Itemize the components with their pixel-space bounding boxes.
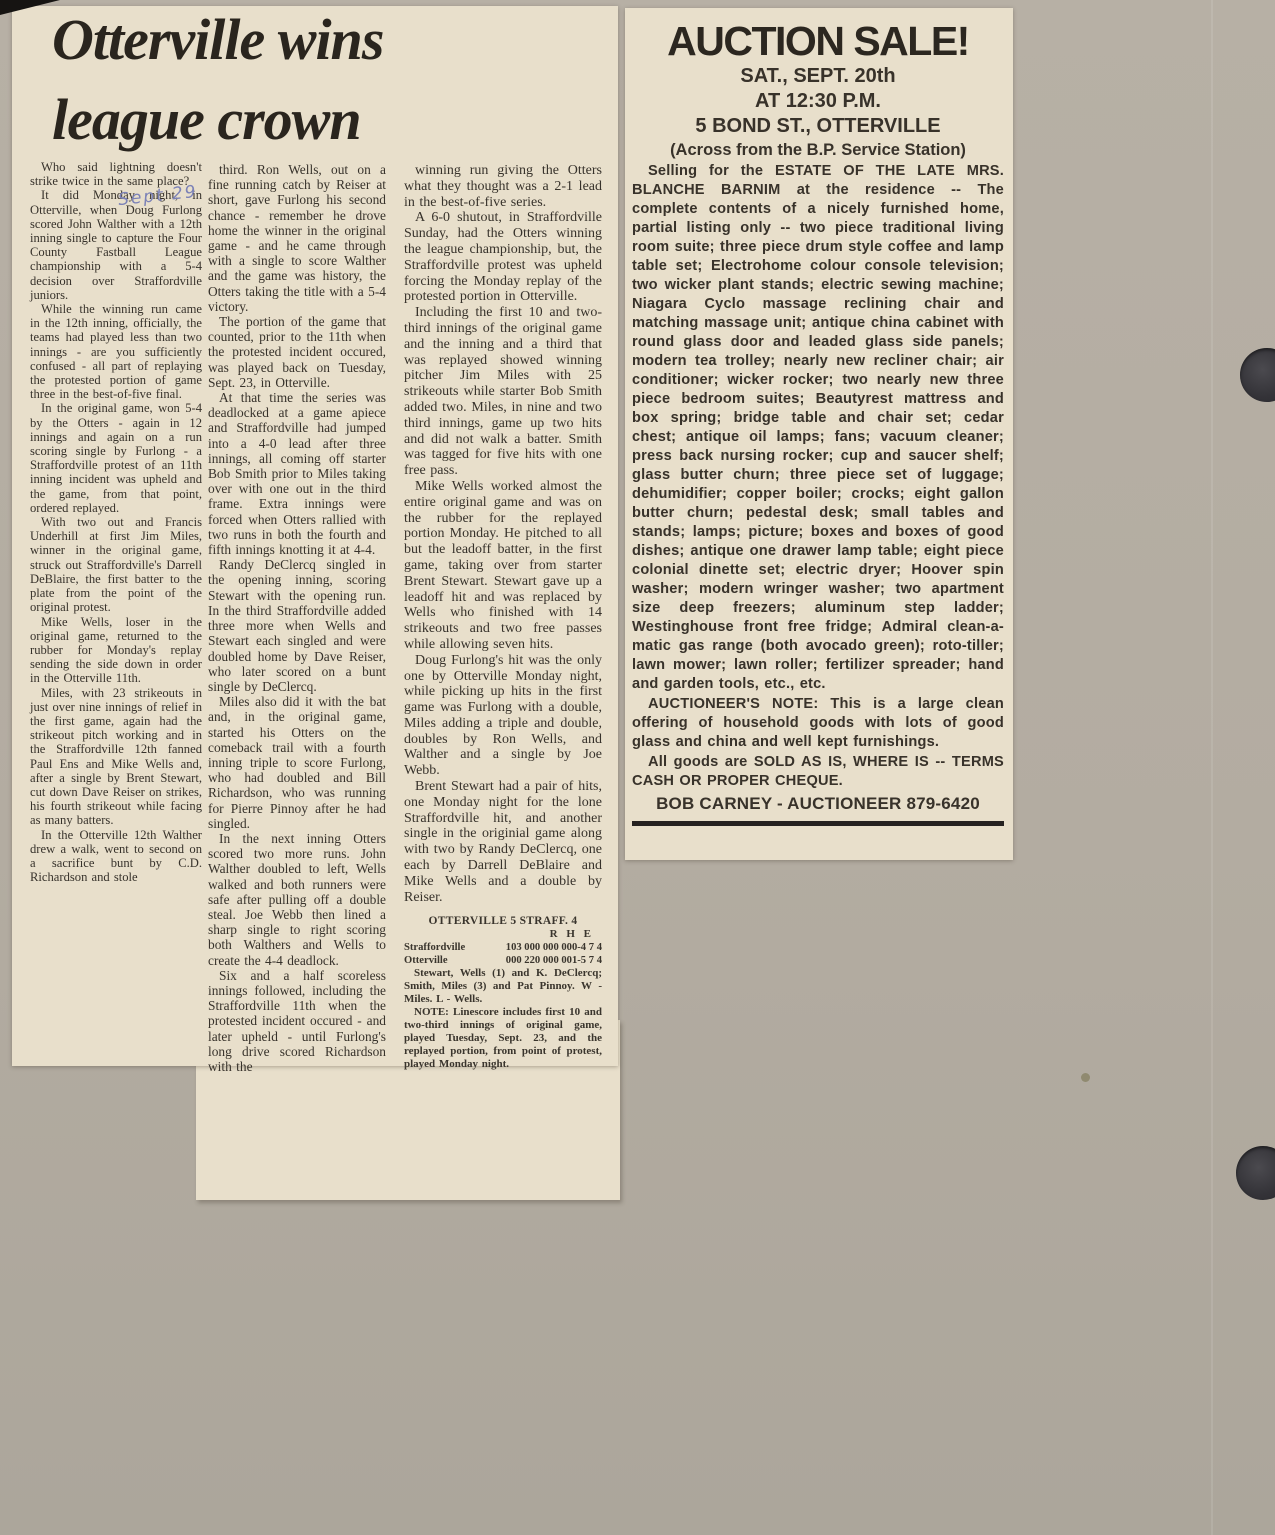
article-paragraph: Brent Stewart had a pair of hits, one Mo… — [404, 779, 602, 905]
auction-location-note: (Across from the B.P. Service Station) — [632, 139, 1004, 162]
article-paragraph: Mike Wells worked almost the entire orig… — [404, 479, 602, 653]
article-paragraph: At that time the series was deadlocked a… — [208, 390, 386, 557]
boxscore-pitchers: Stewart, Wells (1) and K. DeClercq; Smit… — [404, 967, 602, 1006]
boxscore-linescore: 103 000 000 000-4 7 4 — [506, 941, 602, 954]
article-paragraph: In the original game, won 5-4 by the Ott… — [30, 401, 202, 515]
article-paragraph: In the next inning Otters scored two mor… — [208, 831, 386, 968]
headline-line-1: Otterville wins — [52, 0, 572, 80]
article-paragraph: A 6-0 shutout, in Straffordville Sunday,… — [404, 210, 602, 305]
auction-contact: BOB CARNEY - AUCTIONEER 879-6420 — [632, 793, 1004, 815]
boxscore-team: Otterville — [404, 954, 448, 967]
ad-bottom-rule — [632, 821, 1004, 826]
boxscore-team: Straffordville — [404, 941, 465, 954]
hole-punch-bottom — [1236, 1146, 1275, 1200]
article-paragraph: Including the first 10 and two-third inn… — [404, 305, 602, 479]
article-headline: Otterville wins league crown — [52, 0, 572, 160]
auction-title: AUCTION SALE! — [632, 18, 1004, 64]
boxscore-rhe-header: R H E — [404, 928, 602, 941]
boxscore-note: NOTE: Linescore includes first 10 and tw… — [404, 1006, 602, 1071]
boxscore-title: OTTERVILLE 5 STRAFF. 4 — [404, 915, 602, 928]
scrapbook-page: Otterville wins league crown Sept 29 Who… — [0, 0, 1275, 1535]
article-paragraph: With two out and Francis Underhill at fi… — [30, 515, 202, 614]
headline-line-2: league crown — [52, 80, 572, 160]
boxscore-linescore: 000 220 000 001-5 7 4 — [506, 954, 602, 967]
page-speck — [1081, 1073, 1090, 1082]
article-column-3: winning run giving the Otters what they … — [404, 163, 602, 1071]
auction-ad: AUCTION SALE! SAT., SEPT. 20th AT 12:30 … — [632, 18, 1004, 826]
boxscore-row: Otterville 000 220 000 001-5 7 4 — [404, 954, 602, 967]
boxscore: OTTERVILLE 5 STRAFF. 4 R H E Straffordvi… — [404, 915, 602, 1071]
article-paragraph: winning run giving the Otters what they … — [404, 163, 602, 210]
article-column-1: Who said lightning doesn't strike twice … — [30, 160, 202, 884]
article-paragraph: While the winning run came in the 12th i… — [30, 302, 202, 401]
auction-date: SAT., SEPT. 20th — [632, 64, 1004, 89]
article-paragraph: Six and a half scoreless innings followe… — [208, 968, 386, 1074]
boxscore-row: Straffordville 103 000 000 000-4 7 4 — [404, 941, 602, 954]
article-paragraph: Miles, with 23 strikeouts in just over n… — [30, 686, 202, 828]
auction-auctioneers-note: AUCTIONEER'S NOTE: This is a large clean… — [632, 695, 1004, 752]
article-paragraph: third. Ron Wells, out on a fine running … — [208, 162, 386, 314]
article-paragraph: Doug Furlong's hit was the only one by O… — [404, 653, 602, 779]
auction-body: Selling for the ESTATE OF THE LATE MRS. … — [632, 162, 1004, 694]
article-column-2: third. Ron Wells, out on a fine running … — [208, 162, 386, 1074]
auction-address: 5 BOND ST., OTTERVILLE — [632, 114, 1004, 139]
hole-punch-top — [1240, 348, 1275, 402]
article-paragraph: The portion of the game that counted, pr… — [208, 314, 386, 390]
article-paragraph: In the Otterville 12th Walther drew a wa… — [30, 828, 202, 885]
article-paragraph: It did Monday night, in Otterville, when… — [30, 188, 202, 302]
auction-time: AT 12:30 P.M. — [632, 89, 1004, 114]
article-paragraph: Miles also did it with the bat and, in t… — [208, 694, 386, 831]
auction-terms: All goods are SOLD AS IS, WHERE IS -- TE… — [632, 753, 1004, 791]
article-paragraph: Randy DeClercq singled in the opening in… — [208, 557, 386, 694]
page-crease — [1211, 0, 1213, 1535]
article-paragraph: Mike Wells, loser in the original game, … — [30, 615, 202, 686]
